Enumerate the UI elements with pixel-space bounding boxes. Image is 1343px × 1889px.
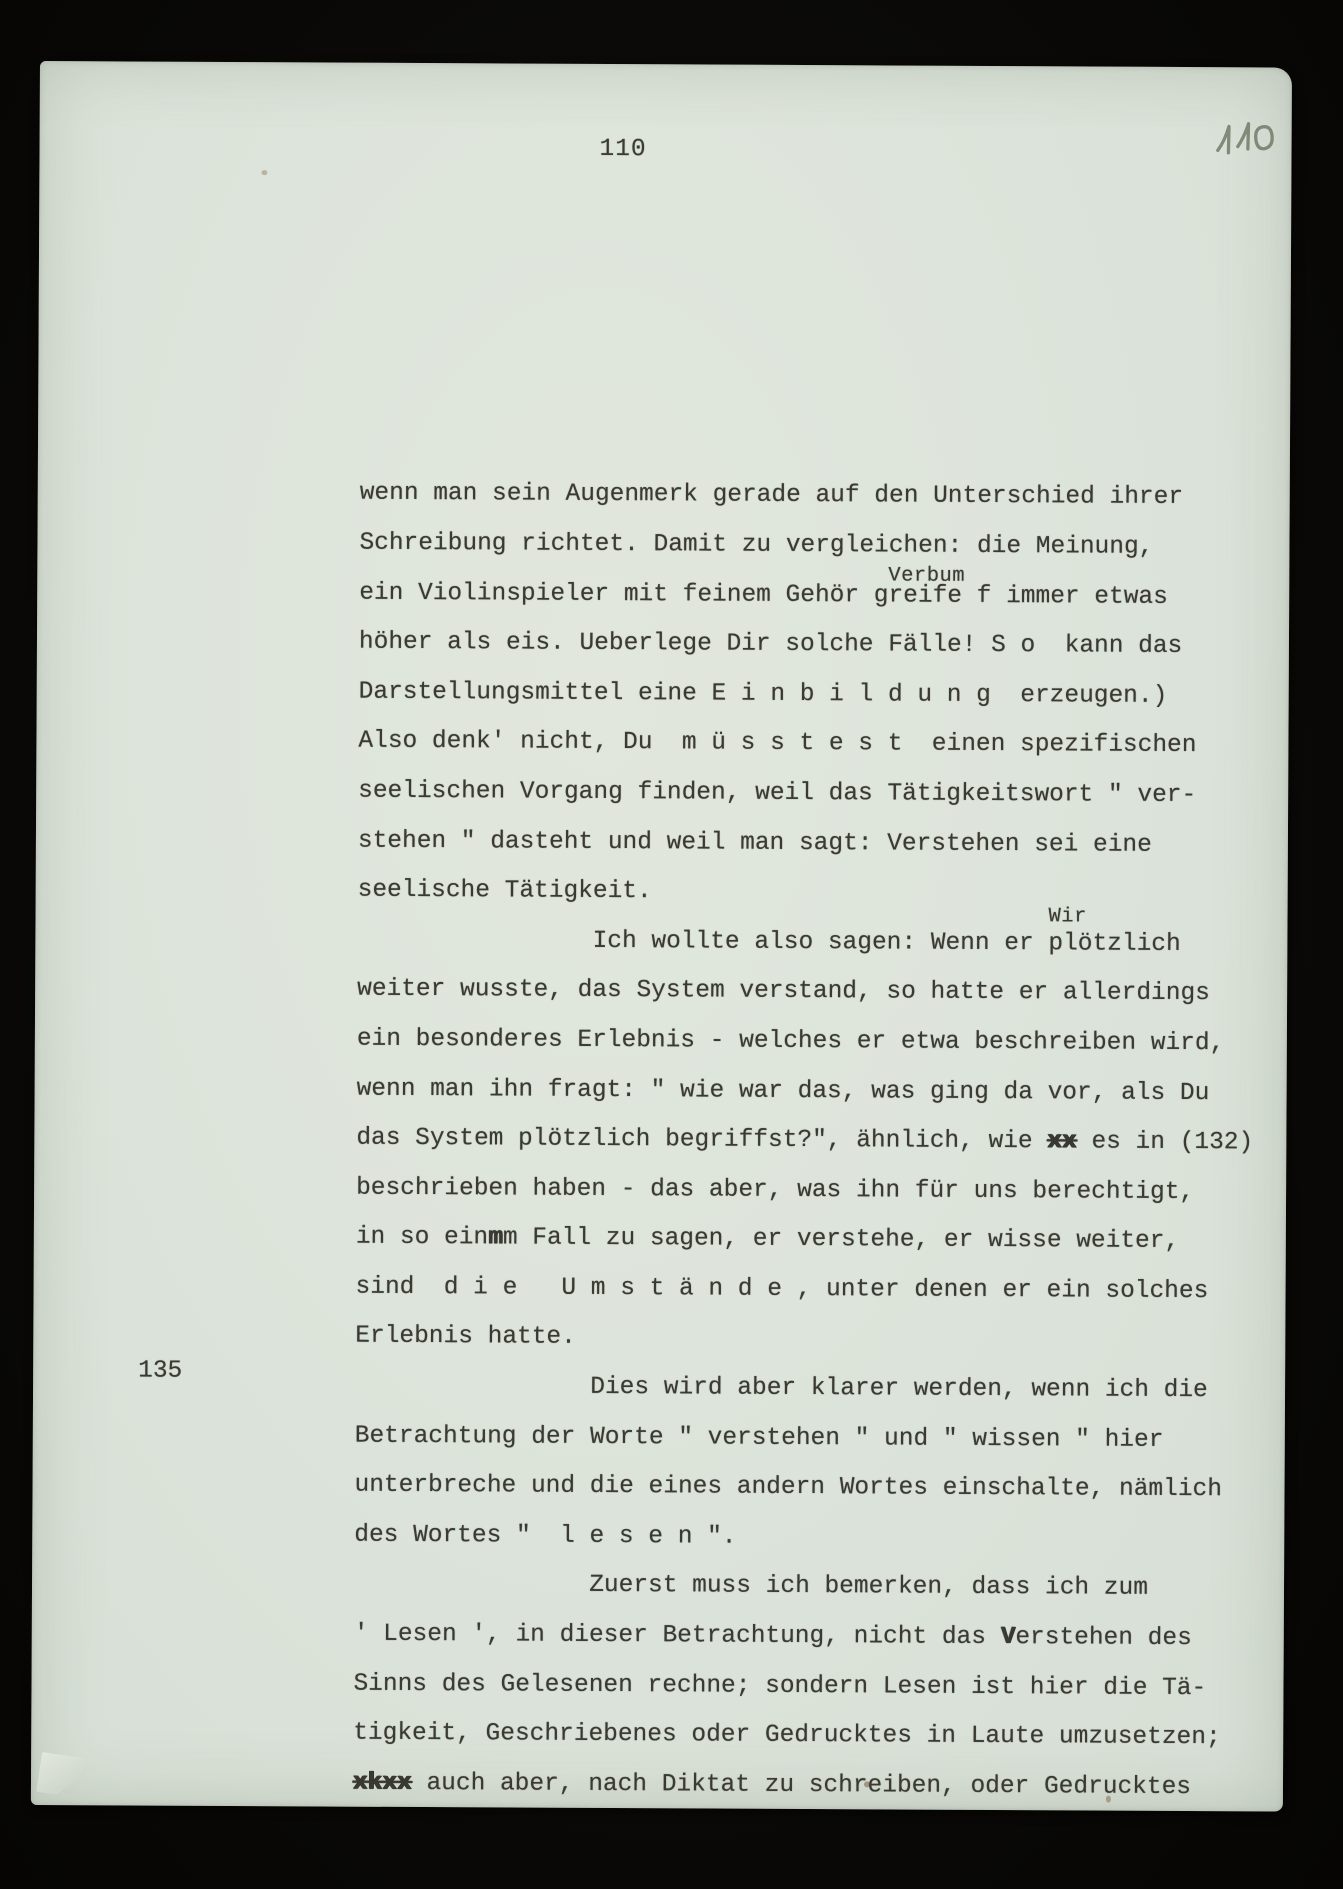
typescript-line: ein besonderes Erlebnis - welches er etw… <box>357 1015 1277 1069</box>
line-part: m Fall zu sagen, er verstehe, er wisse w… <box>503 1225 1179 1256</box>
typescript-line: höher als eis. Ueberlege Dir solche Fäll… <box>359 618 1279 672</box>
line-part: das System plötzlich begriffst?", ähnlic… <box>356 1125 1047 1156</box>
handwritten-page-number <box>1210 113 1284 169</box>
line-part: sind d i e U m s t ä n d e , unter denen… <box>356 1274 1209 1305</box>
typed-page-number: 110 <box>599 137 646 164</box>
line-part: Darstellungsmittel eine E i n b i l d u … <box>359 678 1168 709</box>
line-part: seelischen Vorgang finden, weil das Täti… <box>358 778 1196 809</box>
line-part: ' Lesen ', in dieser Betrachtung, nicht … <box>354 1621 1001 1651</box>
line-part: ein Violinspieler mit feinem Gehör greif… <box>359 579 1168 610</box>
typescript-line: ' Lesen ', in dieser Betrachtung, nicht … <box>354 1610 1274 1664</box>
line-part: unterbreche und die eines andern Wortes … <box>354 1472 1222 1504</box>
interlinear-insertion-wir: Wir <box>1048 907 1087 928</box>
line-part: Erlebnis hatte. <box>355 1323 576 1351</box>
line-part: tigkeit, Geschriebenes oder Gedrucktes i… <box>353 1720 1221 1752</box>
typescript-lines: Verbum Wir wenn man sein Augenmerk gerad… <box>353 271 1281 1813</box>
line-part: seelische Tätigkeit. <box>358 877 652 906</box>
line-part: Also denk' nicht, Du m ü s s t e s t ein… <box>358 728 1196 759</box>
typescript-line: Dies wird aber klarer werden, wenn ich d… <box>355 1362 1275 1416</box>
line-part: in so ein <box>356 1224 488 1252</box>
line-part: Betrachtung der Worte " verstehen " und … <box>355 1422 1164 1453</box>
line-part: auch aber, nach Diktat zu schreiben, ode… <box>412 1770 1191 1801</box>
typescript-line: Ich wollte also sagen: Wenn er plötzlich <box>357 915 1277 969</box>
typescript-line: des Wortes " l e s e n ". <box>354 1511 1274 1565</box>
line-part: xkxx <box>353 1769 412 1796</box>
typescript-line: Darstellungsmittel eine E i n b i l d u … <box>359 667 1279 721</box>
typescript-line: Zuerst muss ich bemerken, dass ich zum <box>354 1560 1274 1614</box>
typescript-line: weiter wusste, das System verstand, so h… <box>357 965 1277 1019</box>
line-part: Sinns des Gelesenen rechne; sondern Lese… <box>353 1670 1206 1701</box>
typescript-line: stehen " dasteht und weil man sagt: Vers… <box>358 816 1278 870</box>
typescript-line: Erlebnis hatte. <box>355 1312 1275 1366</box>
line-part: des Wortes " l e s e n ". <box>354 1522 736 1551</box>
line-part: stehen " dasteht und weil man sagt: Vers… <box>358 827 1152 858</box>
line-part: es in (132) <box>1077 1129 1254 1157</box>
typescript-line: sind d i e U m s t ä n d e , unter denen… <box>355 1263 1275 1317</box>
line-part: V <box>1001 1624 1016 1651</box>
typescript-line: seelische Tätigkeit. <box>358 866 1278 920</box>
typescript-page: 110 135 Verbum Wir wenn man sein Augenme… <box>31 61 1292 1812</box>
typescript-line: wenn man sein Augenmerk gerade auf den U… <box>360 469 1280 523</box>
line-part: Zuerst muss ich bemerken, dass ich zum <box>354 1571 1148 1602</box>
line-part: beschrieben haben - das aber, was ihn fü… <box>356 1174 1194 1205</box>
typescript-line: xkxx auch aber, nach Diktat zu schreiben… <box>353 1758 1273 1812</box>
line-part: weiter wusste, das System verstand, so h… <box>357 976 1210 1007</box>
typescript-line: wenn man ihn fragt: " wie war das, was g… <box>356 1064 1276 1118</box>
typescript-line: in so einmm Fall zu sagen, er verstehe, … <box>356 1213 1276 1267</box>
line-part: xx <box>1047 1128 1077 1155</box>
line-part: wenn man ihn fragt: " wie war das, was g… <box>357 1075 1210 1106</box>
paper-stain <box>261 170 267 175</box>
typescript-line: seelischen Vorgang finden, weil das Täti… <box>358 767 1278 821</box>
typescript-line: tigkeit, Geschriebenes oder Gedrucktes i… <box>353 1709 1273 1763</box>
typescript-line: Betrachtung der Worte " verstehen " und … <box>355 1411 1275 1465</box>
page-corner-fold <box>36 1752 87 1798</box>
typescript-line: Schreibung richtet. Damit zu vergleichen… <box>359 519 1279 573</box>
line-part: erstehen des <box>1015 1624 1192 1652</box>
typescript-line: das System plötzlich begriffst?", ähnlic… <box>356 1114 1276 1168</box>
line-part: höher als eis. Ueberlege Dir solche Fäll… <box>359 629 1182 660</box>
typescript-line: beschrieben haben - das aber, was ihn fü… <box>356 1163 1276 1217</box>
margin-section-number: 135 <box>138 1359 182 1386</box>
line-part: wenn man sein Augenmerk gerade auf den U… <box>360 480 1183 511</box>
line-part: ein besonderes Erlebnis - welches er etw… <box>357 1026 1225 1058</box>
line-part: m <box>488 1225 503 1252</box>
typescript-line: Sinns des Gelesenen rechne; sondern Lese… <box>353 1659 1273 1713</box>
typescript-line: Also denk' nicht, Du m ü s s t e s t ein… <box>358 717 1278 771</box>
typescript-line: ein Violinspieler mit feinem Gehör greif… <box>359 568 1279 622</box>
interlinear-insertion-verbum: Verbum <box>888 566 965 587</box>
line-part: Dies wird aber klarer werden, wenn ich d… <box>355 1373 1208 1404</box>
line-part: Ich wollte also sagen: Wenn er plötzlich <box>357 926 1180 957</box>
line-part: Schreibung richtet. Damit zu vergleichen… <box>359 530 1153 561</box>
typescript-line: unterbreche und die eines andern Wortes … <box>354 1461 1274 1515</box>
